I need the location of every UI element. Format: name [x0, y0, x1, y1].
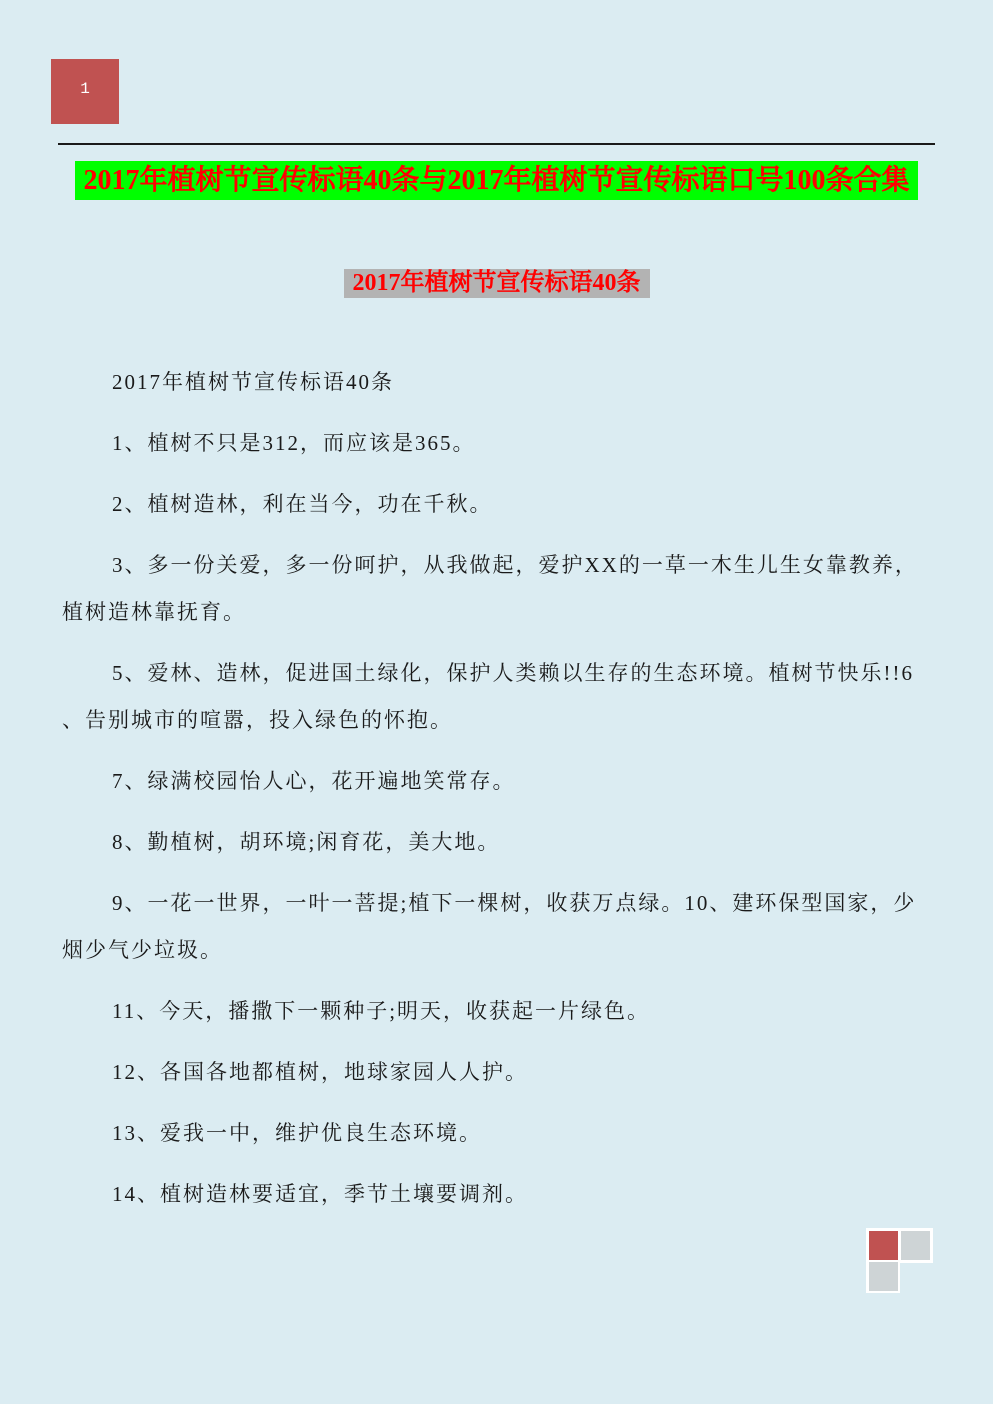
slogan-item-2: 2、植树造林，利在当今，功在千秋。 — [62, 481, 938, 528]
slogan-item-5-6: 5、爱林、造林，促进国土绿化，保护人类赖以生存的生态环境。植树节快乐!!6 、告… — [62, 650, 938, 744]
logo-red-square-icon — [869, 1231, 898, 1260]
slogan-item-12: 12、各国各地都植树，地球家园人人护。 — [62, 1049, 938, 1096]
body-content: 2017年植树节宣传标语40条 1、植树不只是312，而应该是365。 2、植树… — [62, 359, 938, 1232]
section-subtitle: 2017年植树节宣传标语40条 — [344, 269, 650, 298]
slogan-item-7: 7、绿满校园怡人心，花开遍地笑常存。 — [62, 758, 938, 805]
slogan-item-1: 1、植树不只是312，而应该是365。 — [62, 420, 938, 467]
title-row: 2017年植树节宣传标语40条与2017年植树节宣传标语口号100条合集 — [0, 161, 993, 200]
brand-logo — [866, 1228, 933, 1293]
page-number: 1 — [80, 80, 90, 98]
slogan-item-11: 11、今天，播撒下一颗种子;明天，收获起一片绿色。 — [62, 988, 938, 1035]
subtitle-row: 2017年植树节宣传标语40条 — [0, 269, 993, 298]
body-heading: 2017年植树节宣传标语40条 — [62, 359, 938, 406]
header-divider — [58, 143, 935, 145]
slogan-item-13: 13、爱我一中，维护优良生态环境。 — [62, 1110, 938, 1157]
logo-gray-square-top-icon — [901, 1231, 930, 1260]
page-number-badge: 1 — [51, 59, 119, 124]
document-page: 1 2017年植树节宣传标语40条与2017年植树节宣传标语口号100条合集 2… — [0, 0, 993, 1404]
document-title: 2017年植树节宣传标语40条与2017年植树节宣传标语口号100条合集 — [75, 161, 917, 200]
slogan-item-9-10: 9、一花一世界，一叶一菩提;植下一棵树，收获万点绿。10、建环保型国家，少 烟少… — [62, 880, 938, 974]
logo-gray-square-bottom-icon — [869, 1262, 898, 1291]
slogan-item-14: 14、植树造林要适宜，季节土壤要调剂。 — [62, 1171, 938, 1218]
slogan-item-8: 8、勤植树，胡环境;闲育花，美大地。 — [62, 819, 938, 866]
slogan-item-3: 3、多一份关爱，多一份呵护，从我做起，爱护XX的一草一木生儿生女靠教养， 植树造… — [62, 542, 938, 636]
